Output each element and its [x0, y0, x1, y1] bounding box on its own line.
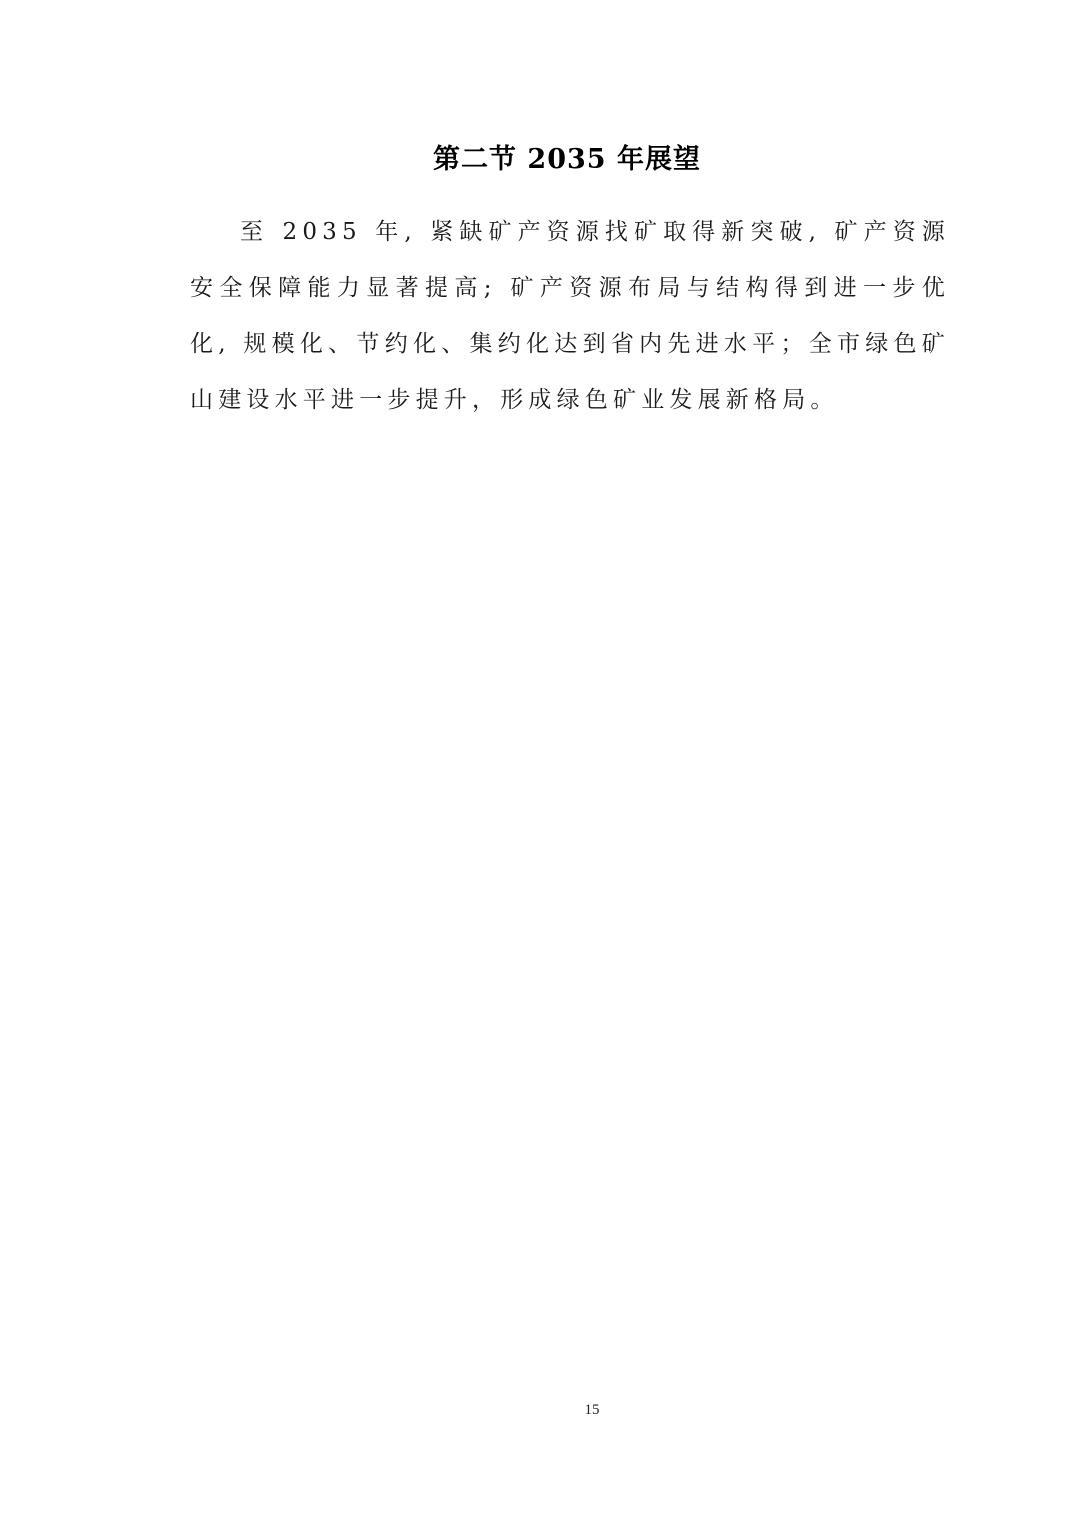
document-page: 第二节 2035 年展望 至 2035 年, 紧缺矿产资源找矿取得新突破, 矿产… — [0, 0, 1074, 1520]
section-title: 第二节 2035 年展望 — [0, 138, 1074, 182]
body-paragraph: 至 2035 年, 紧缺矿产资源找矿取得新突破, 矿产资源安全保障能力显著提高;… — [190, 204, 950, 428]
page-number: 15 — [0, 1402, 1074, 1419]
